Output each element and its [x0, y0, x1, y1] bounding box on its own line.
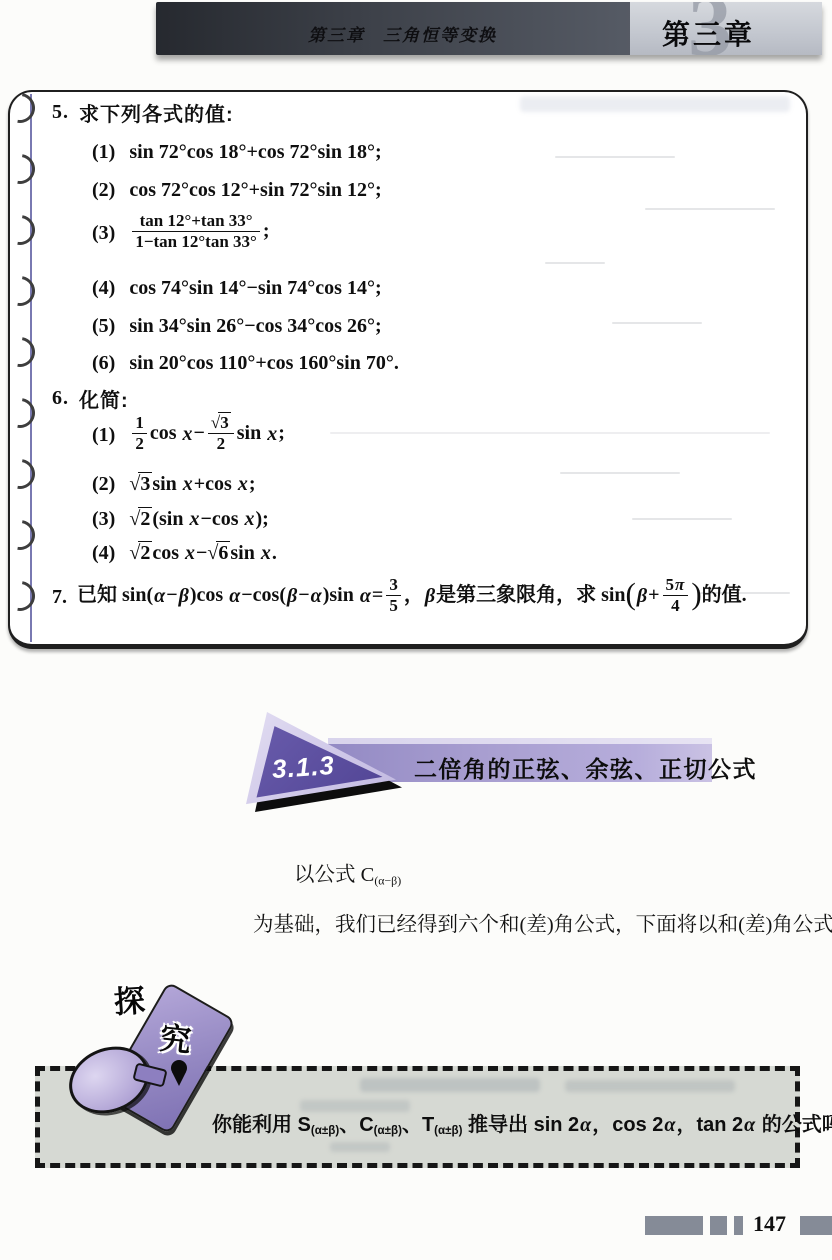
- question-5-heading: 5. 求下列各式的值:: [52, 98, 234, 126]
- math-expression: sin 34°sin 26°−cos 34°cos 26°;: [129, 315, 381, 338]
- exercise-5-item-3: (3) tan 12°+tan 33°1−tan 12°tan 33°;: [92, 206, 270, 260]
- explore-stamp-icon: 探 究: [68, 986, 238, 1161]
- running-head-title: 三角恒等变换: [383, 26, 497, 45]
- stamp-char-explore-2: 究: [158, 1022, 192, 1056]
- show-through-smudge: [520, 96, 790, 112]
- exercise-6-item-1: (1) 12cos x−√32sin x;: [92, 408, 285, 462]
- math-expression: sin 72°cos 18°+cos 72°sin 18°;: [129, 141, 381, 164]
- math-expression: sin 20°cos 110°+cos 160°sin 70°.: [129, 352, 399, 375]
- exercise-6-item-2: (2) √3sin x+cos x;: [92, 470, 256, 498]
- keyhole-icon: [172, 1072, 186, 1086]
- exercise-5-item-1: (1) sin 72°cos 18°+cos 72°sin 18°;: [92, 138, 382, 166]
- chapter-tab-label: 第三章: [662, 13, 755, 53]
- question-number: 7.: [52, 586, 67, 609]
- stamp-char-explore-1: 探: [113, 985, 146, 1018]
- section-title: 二倍角的正弦、余弦、正切公式: [414, 751, 757, 784]
- exercise-5-item-6: (6) sin 20°cos 110°+cos 160°sin 70°.: [92, 349, 399, 377]
- show-through-line: [555, 156, 675, 158]
- show-through-line: [612, 322, 702, 324]
- intro-paragraph: 以公式 C(α−β)为基础，我们已经得到六个和(差)角公式，下面将以和(差)角公…: [253, 853, 813, 948]
- exercise-5-item-2: (2) cos 72°cos 12°+sin 72°sin 12°;: [92, 176, 382, 204]
- show-through-smudge: [565, 1080, 735, 1092]
- show-through-smudge: [330, 1142, 390, 1152]
- page-number: 147: [753, 1211, 786, 1237]
- math-expression: tan 12°+tan 33°1−tan 12°tan 33°;: [129, 211, 269, 254]
- item-label: (2): [92, 179, 115, 202]
- show-through-line: [545, 262, 605, 264]
- show-through-line: [330, 432, 770, 434]
- explore-question: 你能利用 S(α±β)、C(α±β)、T(α±β) 推导出 sin 2α，cos…: [212, 1108, 832, 1137]
- exercise-6-item-3: (3) √2(sin x−cos x);: [92, 505, 269, 533]
- math-expression: √3sin x+cos x;: [129, 473, 255, 496]
- item-label: (3): [92, 222, 115, 245]
- show-through-line: [632, 518, 732, 520]
- chapter-header-bar: 第三章三角恒等变换 3 第三章: [156, 2, 822, 55]
- math-expression: cos 72°cos 12°+sin 72°sin 12°;: [129, 179, 381, 202]
- show-through-smudge: [360, 1078, 540, 1092]
- question-prompt: 求下列各式的值:: [79, 98, 234, 127]
- math-expression: √2cos x−√6sin x.: [129, 542, 277, 565]
- item-label: (4): [92, 277, 115, 300]
- item-label: (1): [92, 424, 115, 447]
- item-label: (4): [92, 542, 115, 565]
- question-number: 6.: [52, 387, 69, 410]
- item-label: (3): [92, 508, 115, 531]
- exercise-6-item-4: (4) √2cos x−√6sin x.: [92, 539, 277, 567]
- item-label: (2): [92, 473, 115, 496]
- exercise-5-item-4: (4) cos 74°sin 14°−sin 74°cos 14°;: [92, 274, 382, 302]
- footer-decoration: [710, 1216, 727, 1235]
- chapter-tab: 3 第三章: [630, 2, 822, 55]
- show-through-line: [645, 208, 775, 210]
- math-expression: 已知 sin(α−β)cos α−cos(β−α)sin α=35，β是第三象限…: [77, 575, 747, 618]
- running-head: 第三章三角恒等变换: [308, 21, 497, 46]
- math-expression: √2(sin x−cos x);: [129, 508, 269, 531]
- footer-decoration: [800, 1216, 832, 1235]
- textbook-page: 第三章三角恒等变换 3 第三章 5. 求下列各式的值: (1) sin 72°c…: [0, 0, 832, 1260]
- footer-decoration: [645, 1216, 703, 1235]
- math-expression: 12cos x−√32sin x;: [129, 413, 285, 456]
- section-number: 3.1.3: [271, 750, 336, 785]
- math-expression: cos 74°sin 14°−sin 74°cos 14°;: [129, 277, 381, 300]
- item-label: (1): [92, 141, 115, 164]
- question-number: 5.: [52, 101, 69, 124]
- exercise-5-item-5: (5) sin 34°sin 26°−cos 34°cos 26°;: [92, 312, 382, 340]
- question-7: 7. 已知 sin(α−β)cos α−cos(β−α)sin α=35，β是第…: [52, 570, 747, 624]
- footer-decoration: [734, 1216, 743, 1235]
- item-label: (6): [92, 352, 115, 375]
- running-head-chapter: 第三章: [308, 26, 365, 45]
- show-through-line: [560, 472, 680, 474]
- item-label: (5): [92, 315, 115, 338]
- section-triangle-icon: 3.1.3: [246, 712, 396, 806]
